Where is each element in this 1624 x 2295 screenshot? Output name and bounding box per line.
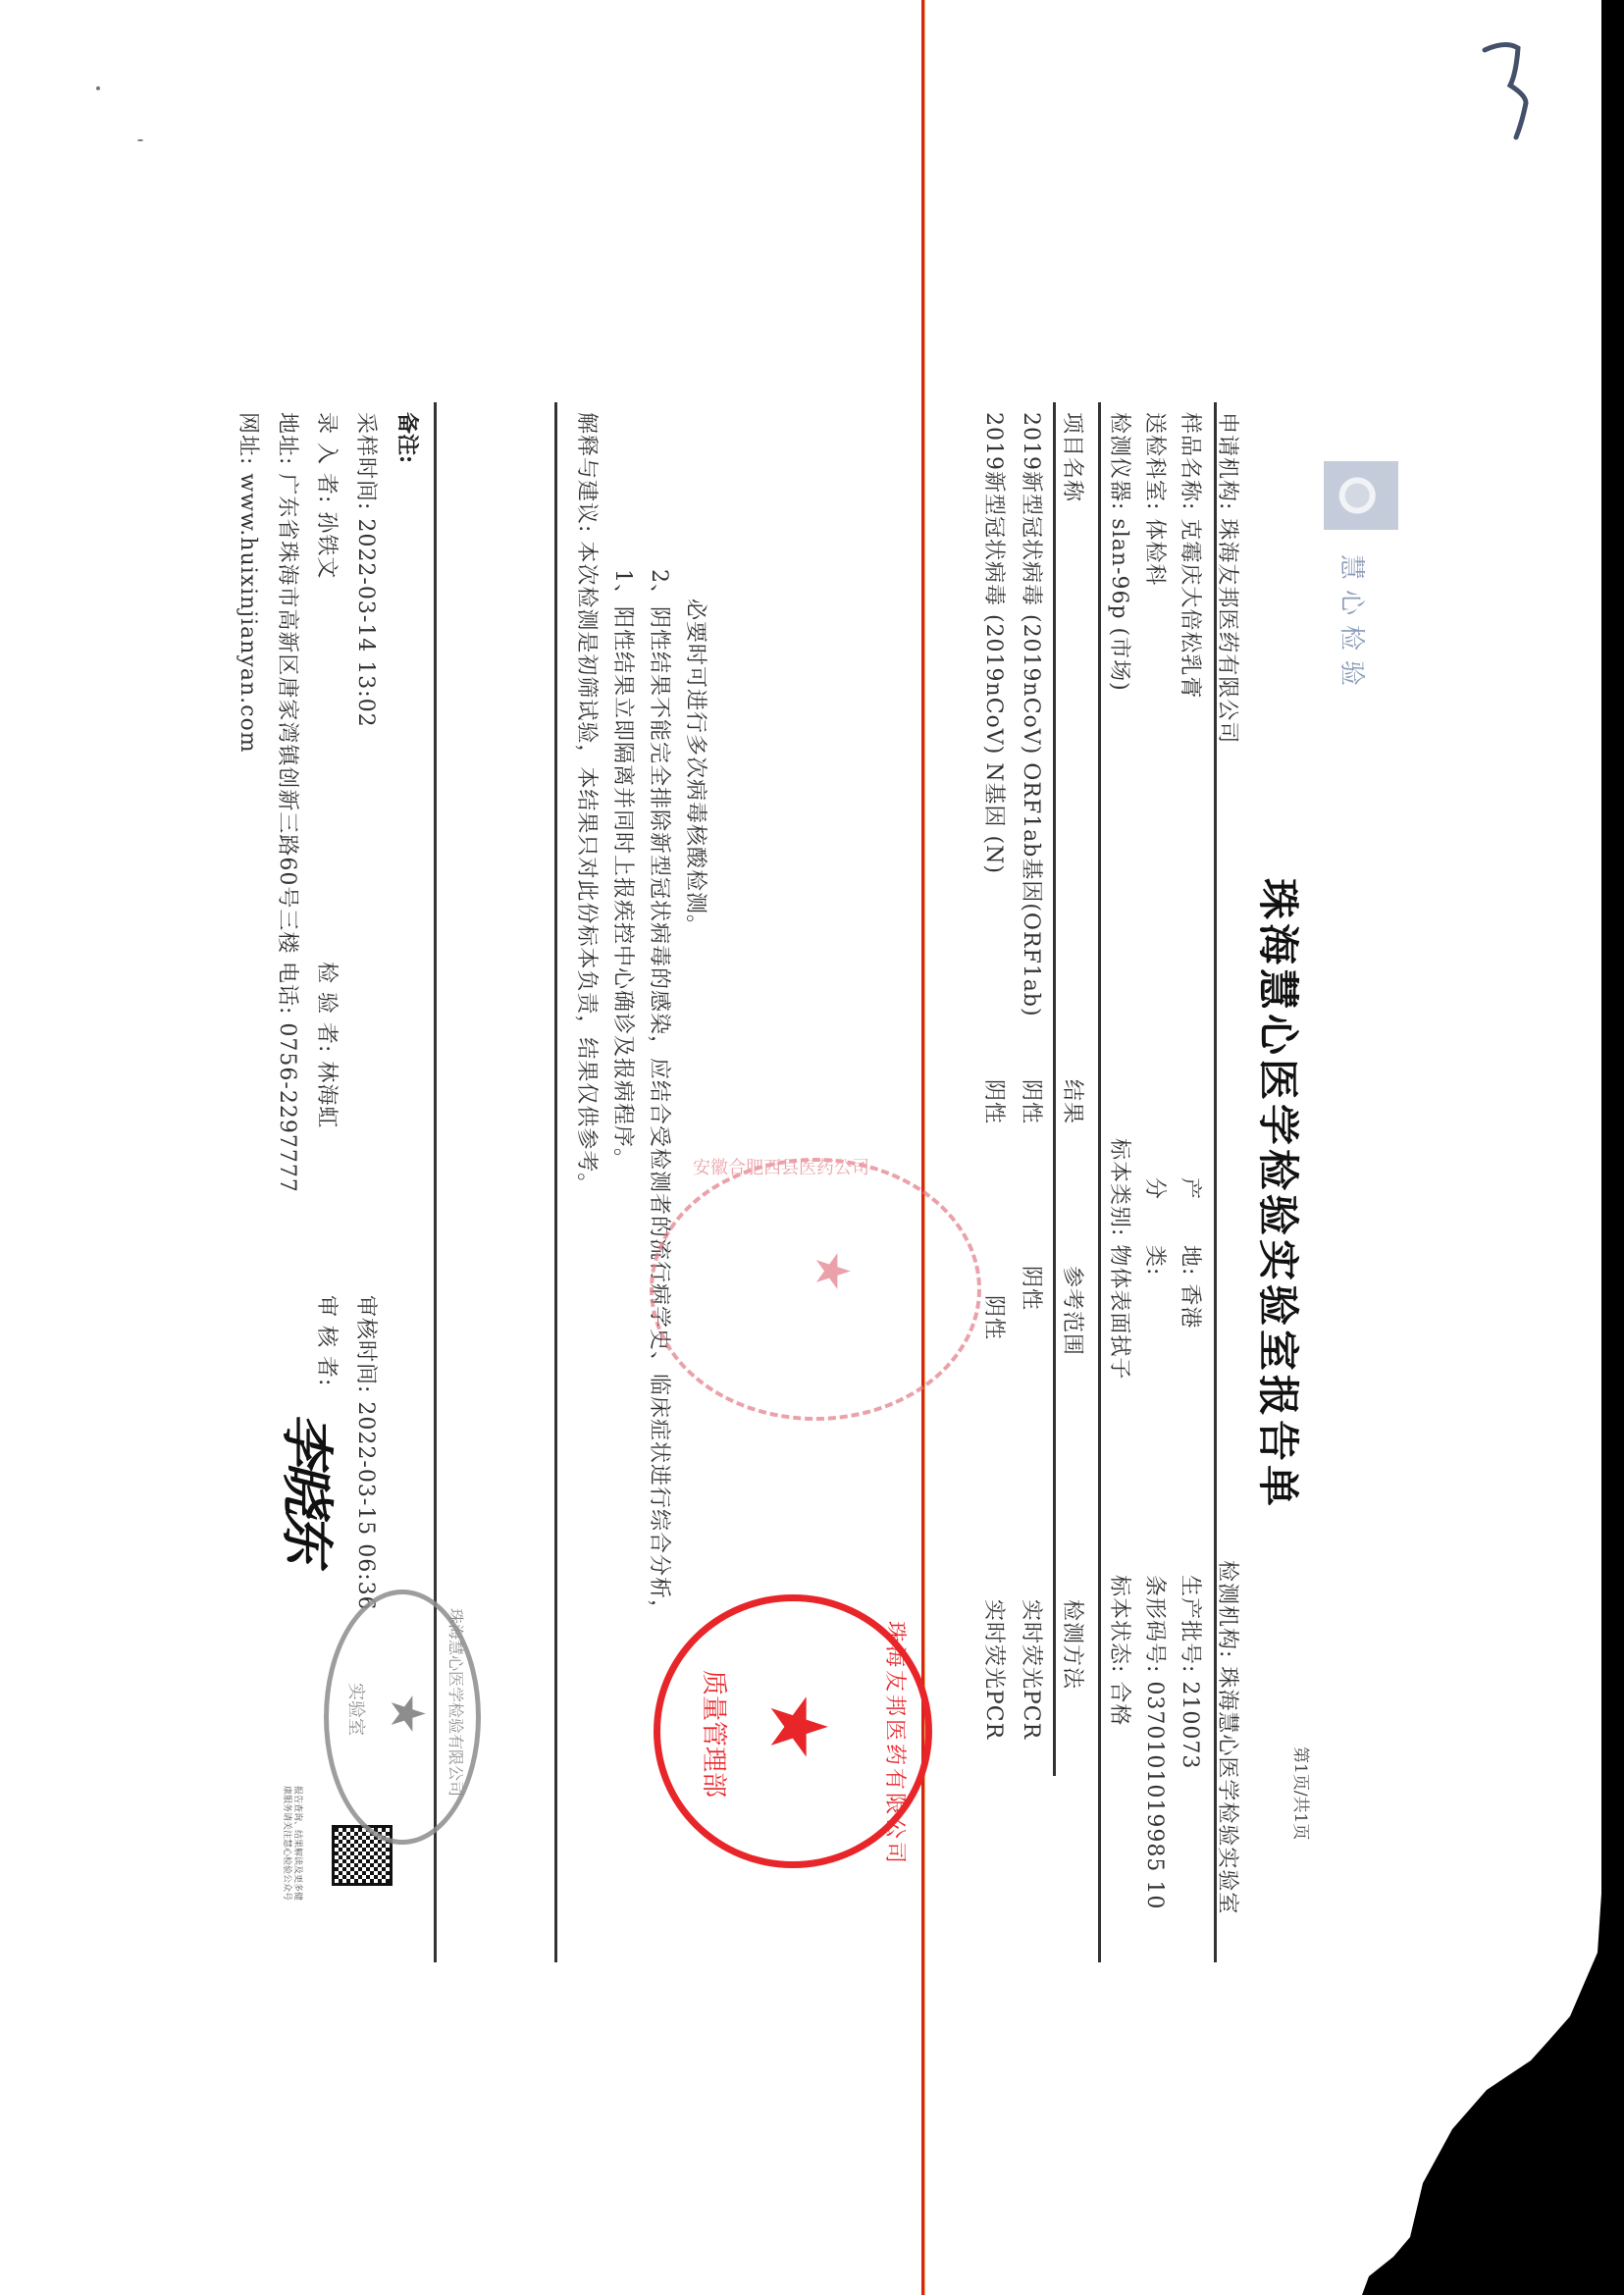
origin-field: 产 地: 香港: [1177, 1177, 1207, 1329]
row-item: 2019新型冠状病毒 (2019nCoV) N基因 (N): [980, 412, 1011, 874]
sampling-time-field: 采样时间: 2022-03-14 13:02: [352, 412, 383, 728]
row-method: 实时荧光PCR: [980, 1599, 1011, 1740]
interpretation-intro: 解释与建议: 本次检测是初筛试验，本结果只对此份标本负责，结果仅供参考。: [573, 412, 603, 1195]
interpretation-point-2-cont: 必要时可进行多次病毒核酸检测。: [682, 599, 712, 937]
star-icon: ★: [805, 1250, 860, 1292]
instrument-field: 检测仪器: slan-96p (市场): [1106, 412, 1136, 692]
column-header-result: 结果: [1059, 1079, 1089, 1124]
row-result: 阴性: [1018, 1079, 1048, 1124]
sample-name-field: 样品名称: 克霉庆大倍松乳膏: [1177, 412, 1207, 699]
red-stamp-inner-text: 质量管理部: [698, 1670, 734, 1798]
lab-report-document: 慧心检验 珠海慧心医学检验实验室报告单 第1页/共1页 申请机构: 珠海友邦医药…: [206, 412, 1364, 2002]
handwritten-mark-icon: [1477, 34, 1545, 142]
red-company-stamp: ★ 珠海友邦医药有限公司 质量管理部: [654, 1594, 932, 1868]
testing-org-field: 检测机构: 珠海慧心医学检验实验室: [1214, 1560, 1244, 1914]
lab-logo-icon: [1324, 461, 1398, 530]
specimen-type-field: 标本类别: 物体表面拭子: [1106, 1138, 1136, 1380]
row-reference: 阴性: [1018, 1266, 1048, 1311]
reviewer-signature: 李晓东: [273, 1413, 348, 1560]
page-indicator: 第1页/共1页: [1290, 1747, 1315, 1840]
review-time-field: 审核时间: 2022-03-15 06:36: [352, 1295, 383, 1611]
category-field: 分 类:: [1141, 1177, 1172, 1276]
reviewer-field: 审 核 者:: [313, 1295, 343, 1386]
pink-stamp-text: 安徽合肥西县医药公司: [693, 1154, 869, 1179]
batch-field: 生产批号: 210073: [1177, 1575, 1207, 1769]
row-reference: 阴性: [980, 1295, 1011, 1340]
star-icon: ★: [380, 1693, 435, 1735]
brand-name: 慧心检验: [1336, 554, 1372, 696]
star-icon: ★: [759, 1692, 837, 1762]
row-result: 阴性: [980, 1079, 1011, 1124]
scan-speck: [96, 86, 100, 90]
interpretation-top-border: [554, 402, 557, 1962]
entered-by-field: 录 入 者: 孙铁文: [313, 412, 343, 579]
interpretation-point-2: 2、阴性结果不能完全排除新型冠状病毒的感染，应结合受检测者的流行病学史、临床症状…: [646, 569, 676, 1622]
red-stamp-outer-text: 珠海友邦医药有限公司: [881, 1621, 912, 1866]
column-header-method: 检测方法: [1059, 1599, 1089, 1690]
table-header-border: [1053, 402, 1056, 1776]
applicant-field: 申请机构: 珠海友邦医药有限公司: [1214, 412, 1244, 744]
gray-stamp-outer-text: 珠海慧心医学检验有限公司: [445, 1608, 468, 1797]
report-title: 珠海慧心医学检验实验室报告单: [1251, 878, 1310, 1510]
qr-caption: 报告查询、结果解读及更多健 康服务请关注慧心检验公众号: [281, 1786, 302, 1901]
tester-field: 检 验 者: 林海虹: [313, 962, 343, 1128]
pink-oval-stamp: ★ 安徽合肥西县医药公司: [650, 1158, 981, 1421]
gray-stamp-inner-text: 实验室: [344, 1683, 370, 1736]
remarks-label: 备注:: [393, 412, 424, 463]
scan-speck: [137, 139, 143, 141]
column-header-reference: 参考范围: [1059, 1266, 1089, 1356]
column-header-item: 项目名称: [1059, 412, 1089, 502]
row-item: 2019新型冠状病毒 (2019nCoV) ORF1ab基因(ORF1ab): [1018, 412, 1048, 1017]
website-field: 网址: www.huixinjianyan.com: [235, 412, 265, 754]
specimen-status-field: 标本状态: 合格: [1106, 1575, 1136, 1726]
barcode-field: 条形码号: 0370101019985 10: [1141, 1575, 1172, 1909]
phone-field: 电话: 0756-2297777: [274, 962, 304, 1193]
address-field: 地址: 广东省珠海市高新区唐家湾镇创新三路60号三楼: [274, 412, 304, 954]
row-method: 实时荧光PCR: [1018, 1599, 1048, 1740]
department-field: 送检科室: 体检科: [1141, 412, 1172, 586]
table-top-border: [1098, 402, 1101, 1962]
gray-lab-stamp: ★ 珠海慧心医学检验有限公司 实验室: [324, 1590, 481, 1845]
interpretation-point-1: 1、阳性结果立即隔离并同时上报疾控中心确诊及报病程序。: [609, 569, 640, 1171]
